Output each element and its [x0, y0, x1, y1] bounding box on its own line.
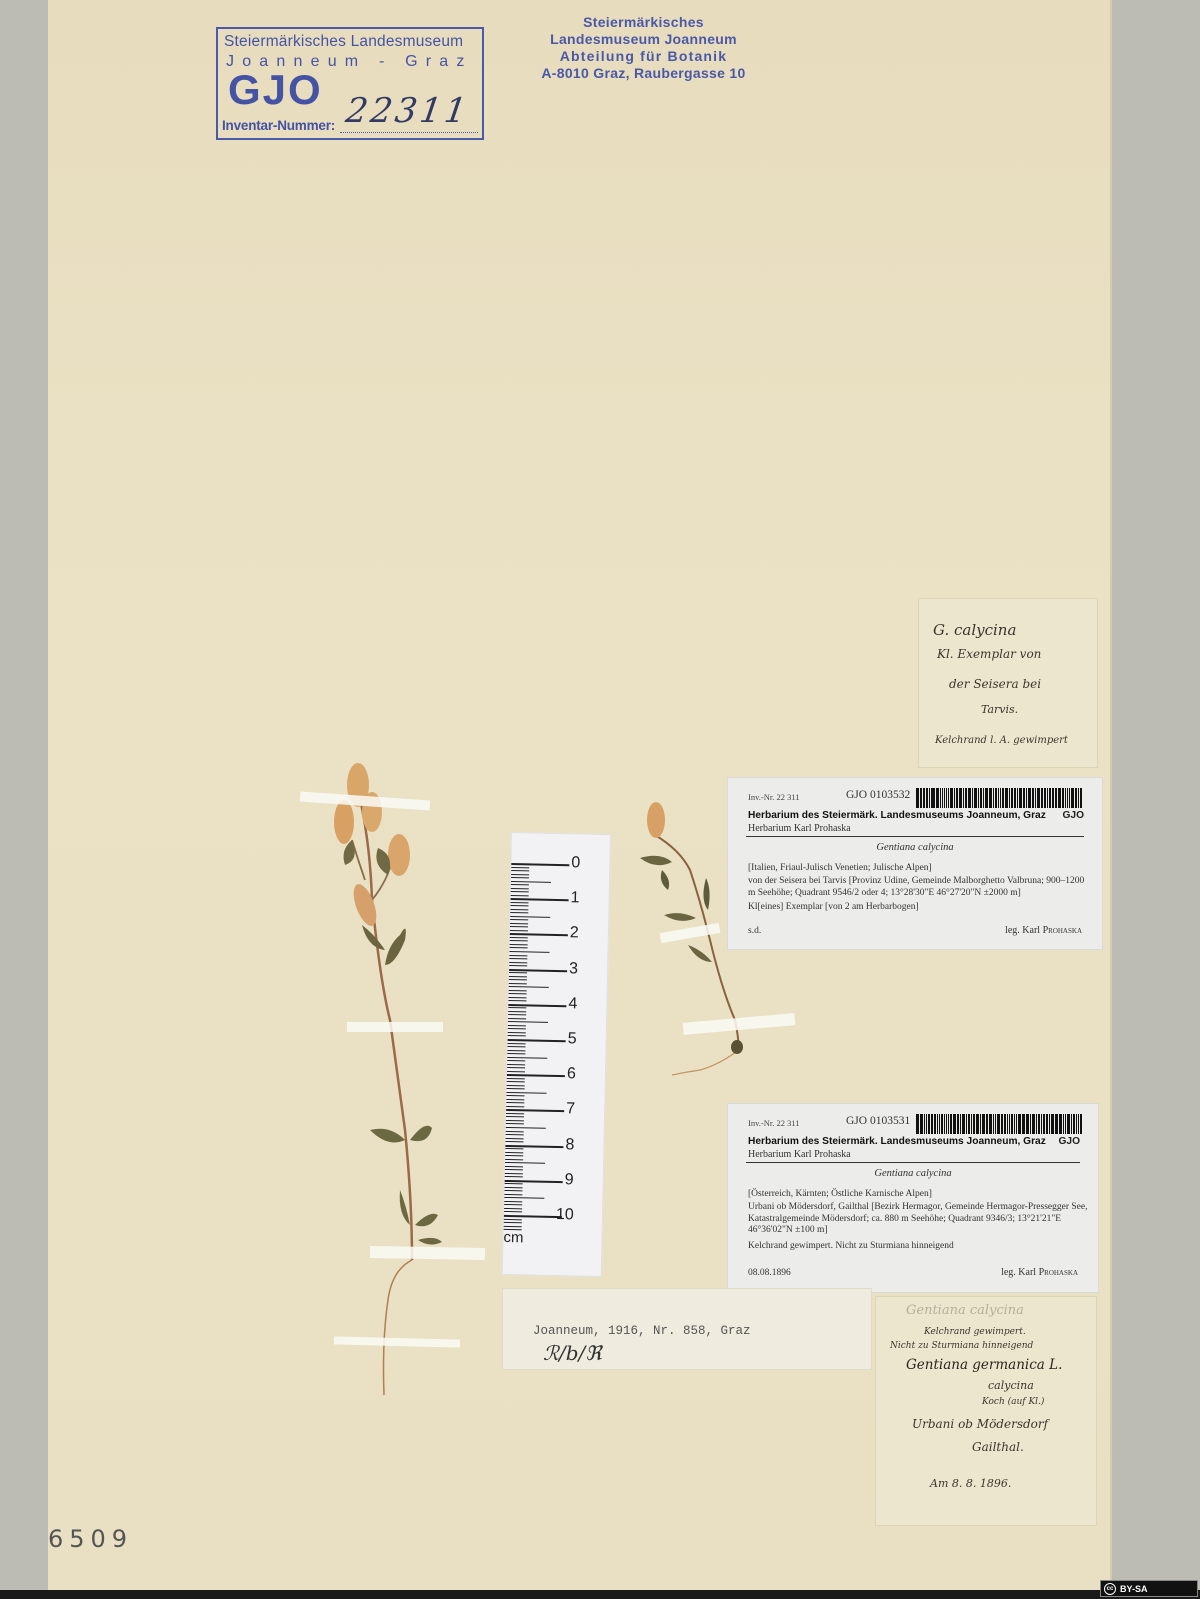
sheet-number: 6509 [48, 1525, 133, 1553]
license-badge: cc BY-SA [1100, 1580, 1198, 1597]
large-specimen [334, 763, 442, 1395]
mounting-tape [370, 1246, 485, 1260]
bottom-bar [0, 1590, 1200, 1599]
license-text: BY-SA [1120, 1584, 1148, 1594]
plant-specimens [0, 0, 1200, 1599]
cc-icon: cc [1104, 1583, 1116, 1595]
mounting-tape [347, 1022, 443, 1032]
